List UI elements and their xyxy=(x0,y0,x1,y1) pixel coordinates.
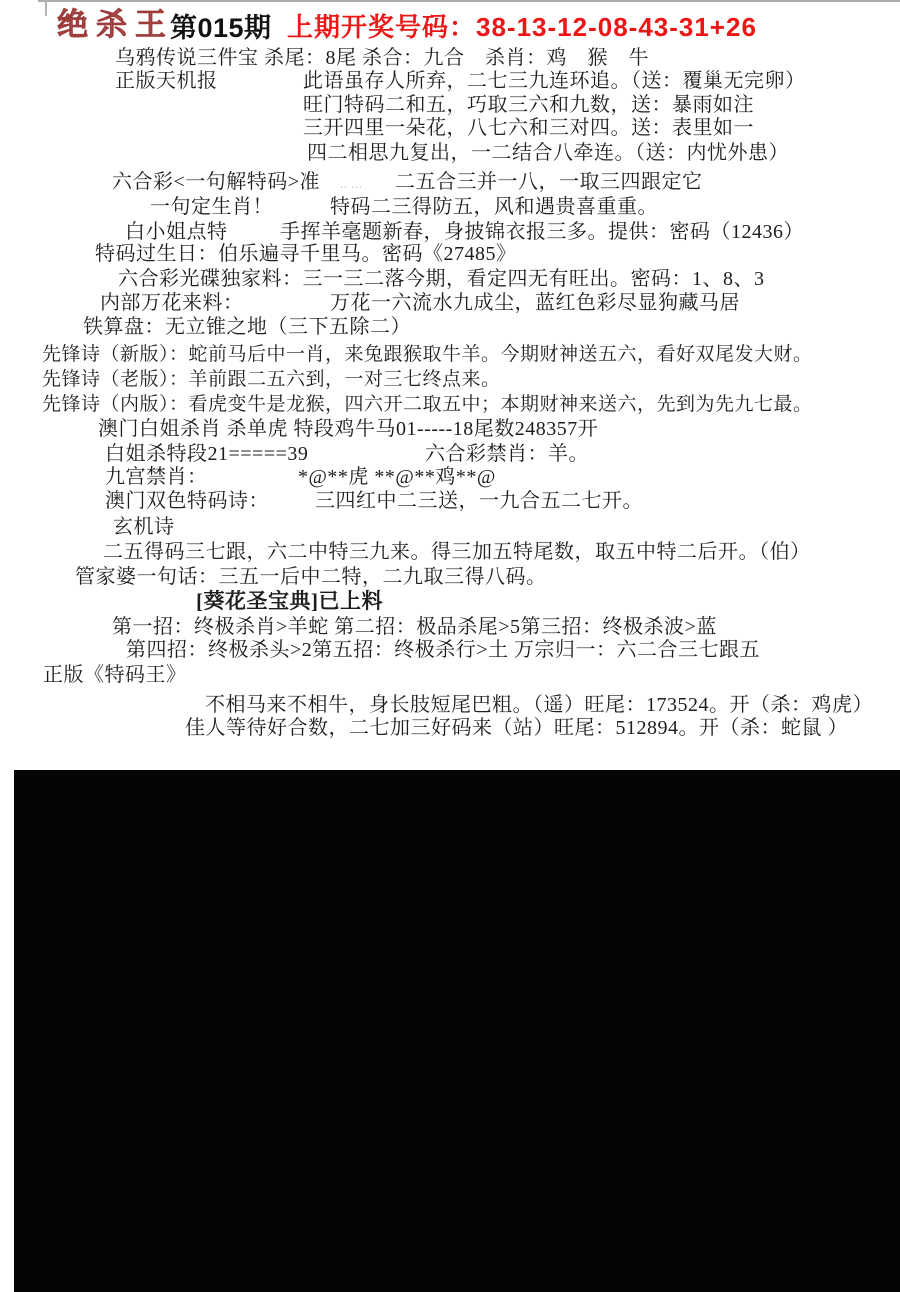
text-line: 六合彩禁肖：羊。 xyxy=(425,443,589,466)
text-line: 管家婆一句话：三五一后中二特，二九取三得八码。 xyxy=(75,566,547,589)
text-line: 一句定生肖！ xyxy=(150,196,273,219)
text-line: 三开四里一朵花，八七六和三对四。送：表里如一 xyxy=(303,117,754,140)
text-line: 此语虽存人所弃，二七三九连环追。（送：覆巢无完卵） xyxy=(303,70,806,93)
text-line: 六合彩<一句解特码>准 xyxy=(112,171,320,194)
text-line: 先锋诗（新版）：蛇前马后中一肖，来兔跟猴取牛羊。今期财神送五六，看好双尾发大财。 xyxy=(42,344,813,366)
last-draw-numbers: 上期开奖号码：38-13-12-08-43-31+26 xyxy=(287,13,757,43)
text-line: 第一招：终极杀肖>羊蛇 第二招：极品杀尾>5第三招：终极杀波>蓝 xyxy=(112,616,717,639)
text-line: 二五合三并一八，一取三四跟定它 xyxy=(395,171,703,194)
text-line: .. ... xyxy=(340,177,363,192)
text-line: 正版天机报 xyxy=(115,70,218,93)
text-line: 乌鸦传说三件宝 杀尾：8尾 杀合：九合 杀肖：鸡 猴 牛 xyxy=(115,47,649,70)
issue-number: 第015期 xyxy=(170,13,272,44)
text-line: 九宫禁肖： xyxy=(105,466,208,489)
text-line: 六合彩光碟独家料：三一三二落今期，看定四无有旺出。密码：1、8、3 xyxy=(118,268,765,291)
text-line: [葵花圣宝典]已上料 xyxy=(196,589,383,613)
text-line: 玄机诗 xyxy=(113,516,175,539)
text-line: 二五得码三七跟，六二中特三九来。得三加五特尾数，取五中特二后开。（伯） xyxy=(103,541,811,564)
text-line: 手挥羊毫题新春，身披锦衣报三多。提供：密码（12436） xyxy=(280,221,804,244)
text-line: 正版《特码王》 xyxy=(43,664,187,687)
text-line: 先锋诗（老版）：羊前跟二五六到，一对三七终点来。 xyxy=(42,369,501,391)
text-line: 不相马来不相牛，身长肢短尾巴粗。（遥）旺尾：173524。开（杀：鸡虎） xyxy=(205,694,873,717)
text-line: 三四红中二三送，一九合五二七开。 xyxy=(315,490,643,513)
scan-black-region xyxy=(14,770,900,1292)
scanned-lottery-sheet: 绝杀王 第015期 上期开奖号码：38-13-12-08-43-31+26 乌鸦… xyxy=(0,0,900,1292)
text-line: *@**虎 **@**鸡**@ xyxy=(298,466,496,489)
scan-edge-left-stub xyxy=(45,0,47,16)
scan-edge-top-line xyxy=(38,0,900,2)
text-line: 四二相思九复出，一二结合八牵连。（送：内忧外患） xyxy=(307,142,789,165)
text-line: 佳人等待好合数，二七加三好码来（站）旺尾：512894。开（杀：蛇鼠 ） xyxy=(185,717,848,740)
text-line: 特码二三得防五，风和遇贵喜重重。 xyxy=(330,196,658,219)
text-line: 澳门双色特码诗： xyxy=(105,490,269,513)
text-line: 旺门特码二和五，巧取三六和九数，送：暴雨如注 xyxy=(303,94,754,117)
text-line: 先锋诗（内版）：看虎变牛是龙猴，四六开二取五中；本期财神来送六，先到为先九七最。 xyxy=(42,394,813,416)
text-line: 澳门白姐杀肖 杀单虎 特段鸡牛马01-----18尾数248357开 xyxy=(98,418,598,441)
text-line: 特码过生日：伯乐遍寻千里马。密码《27485》 xyxy=(95,243,517,266)
text-line: 白小姐点特 xyxy=(125,221,228,244)
text-line: 万花一六流水九成尘，蓝红色彩尽显狗藏马居 xyxy=(330,292,740,315)
masthead-title: 绝杀王 xyxy=(57,7,174,43)
text-line: 铁算盘：无立锥之地（三下五除二） xyxy=(83,316,411,339)
text-line: 内部万花来料： xyxy=(100,292,244,315)
text-line: 第四招：终极杀头>2第五招：终极杀行>土 万宗归一：六二合三七跟五 xyxy=(126,639,760,662)
text-line: 白姐杀特段21=====39 xyxy=(105,443,308,466)
